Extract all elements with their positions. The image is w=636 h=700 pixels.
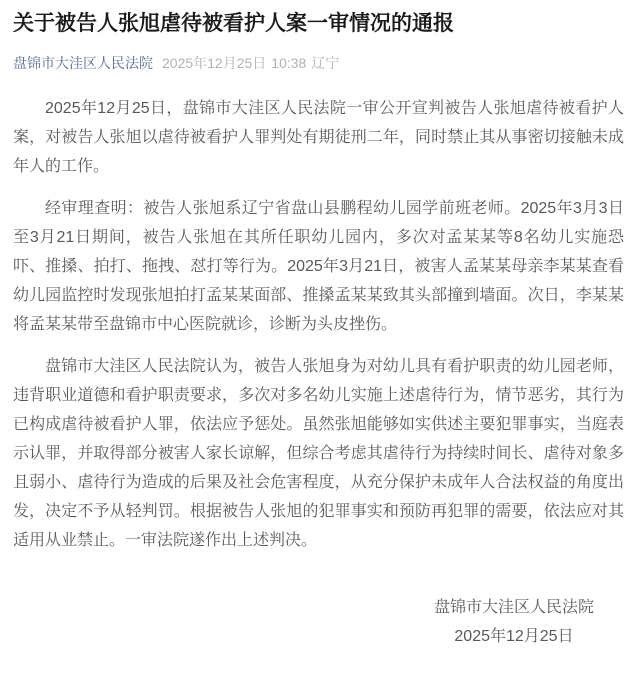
byline: 盘锦市大洼区人民法院2025年12月25日10:38辽宁: [13, 53, 624, 73]
publish-location: 辽宁: [311, 55, 339, 71]
account-name-link[interactable]: 盘锦市大洼区人民法院: [13, 55, 153, 71]
article-body: 2025年12月25日，盘锦市大洼区人民法院一审公开宣判被告人张旭虐待被看护人案…: [13, 94, 624, 555]
signature-date: 2025年12月25日: [434, 622, 594, 651]
signature-org: 盘锦市大洼区人民法院: [434, 593, 594, 622]
publish-date: 2025年12月25日: [162, 55, 266, 71]
article-title: 关于被告人张旭虐待被看护人案一审情况的通报: [13, 9, 624, 38]
paragraph-verdict: 2025年12月25日，盘锦市大洼区人民法院一审公开宣判被告人张旭虐待被看护人案…: [13, 94, 624, 181]
paragraph-facts: 经审理查明：被告人张旭系辽宁省盘山县鹏程幼儿园学前班老师。2025年3月3日至3…: [13, 194, 624, 339]
paragraph-court-reasoning: 盘锦市大洼区人民法院认为，被告人张旭身为对幼儿具有看护职责的幼儿园老师，违背职业…: [13, 352, 624, 555]
signature-block: 盘锦市大洼区人民法院 2025年12月25日: [434, 593, 594, 651]
publish-time: 10:38: [271, 55, 306, 71]
article-page: 关于被告人张旭虐待被看护人案一审情况的通报 盘锦市大洼区人民法院2025年12月…: [0, 0, 636, 651]
